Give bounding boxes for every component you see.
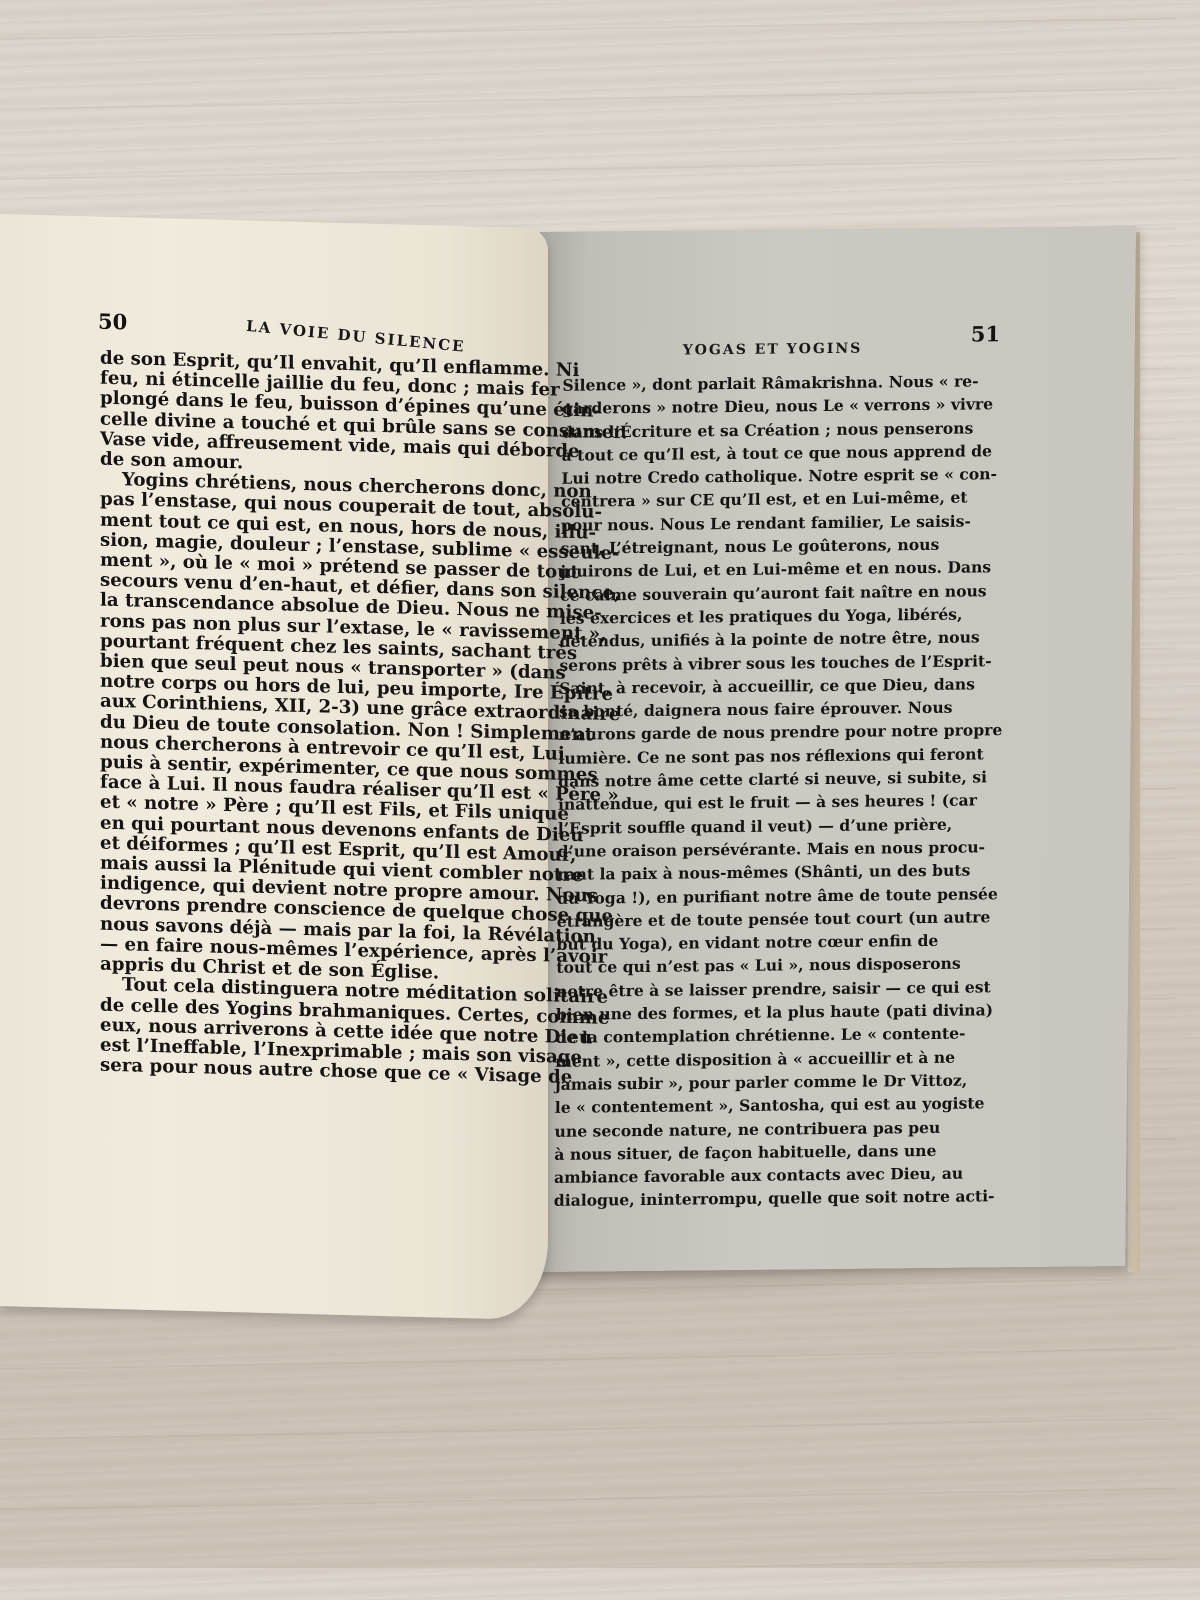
page-number: 51: [971, 321, 1000, 346]
text-line: dialogue, ininterrompu, quelle que soit …: [554, 1185, 998, 1213]
body-text: de son Esprit, qu’Il envahit, qu’Il enfl…: [100, 349, 627, 1090]
left-page: 50 LA VOIE DU SILENCE de son Esprit, qu’…: [0, 214, 548, 1320]
page-number: 50: [98, 309, 127, 335]
running-head: YOGAS ET YOGINS: [683, 341, 863, 359]
open-book: YOGAS ET YOGINS 51 Silence », dont parla…: [0, 0, 1176, 1568]
running-head: LA VOIE DU SILENCE: [246, 317, 466, 356]
